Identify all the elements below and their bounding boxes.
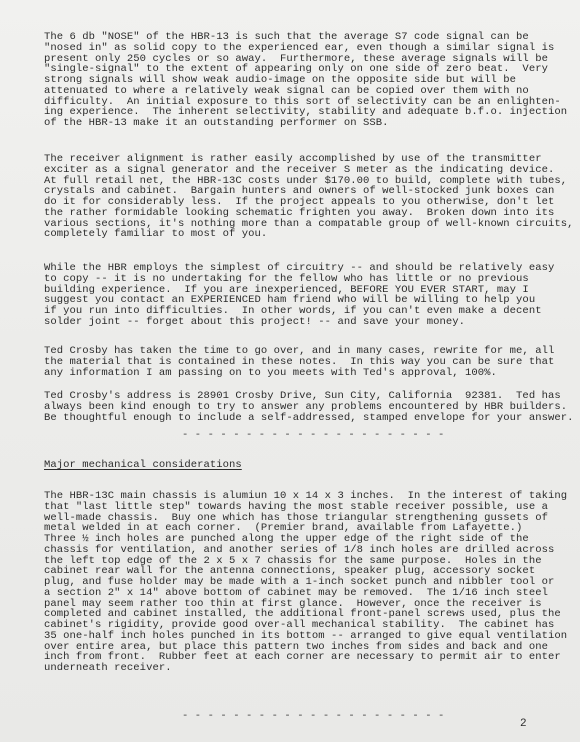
section-heading: Major mechanical considerations [44,460,242,471]
text-line: completely familiar to most of you. [44,229,573,240]
text-line: underneath receiver. [44,663,567,674]
text-line: "nosed in" as solid copy to the experien… [44,43,567,54]
text-line: the material that is contained in these … [44,357,554,368]
separator-1: - - - - - - - - - - - - - - - - - - - - … [182,429,444,441]
separator-2: - - - - - - - - - - - - - - - - - - - - … [182,710,444,722]
page-number: 2 [520,718,527,730]
text-line: of the HBR-13 make it an outstanding per… [44,118,567,129]
text-line: the rather formidable looking schematic … [44,208,573,219]
text-line: exciter as a signal generator and the re… [44,165,573,176]
text-line: a section 2" x 14" above bottom of cabin… [44,588,567,599]
paragraph-nose: The 6 db "NOSE" of the HBR-13 is such th… [44,32,567,129]
text-line: attenuated to where a relatively weak si… [44,86,567,97]
paragraph-alignment: The receiver alignment is rather easily … [44,154,573,240]
text-line: to copy -- it is no undertaking for the … [44,274,554,285]
text-line: 35 one-half inch holes punched in its bo… [44,631,567,642]
text-line: always been kind enough to try to answer… [44,402,573,413]
text-line: any information I am passing on to you m… [44,368,554,379]
paragraph-warning: While the HBR employs the simplest of ci… [44,263,554,328]
text-line: Be thoughtful enough to include a self-a… [44,413,573,424]
paragraph-crosby-review: Ted Crosby has taken the time to go over… [44,346,554,378]
paragraph-mechanical: The HBR-13C main chassis is alumiun 10 x… [44,491,567,674]
document-page: The 6 db "NOSE" of the HBR-13 is such th… [0,0,580,742]
text-line: that "last little step" towards having t… [44,502,567,513]
paragraph-crosby-address: Ted Crosby's address is 28901 Crosby Dri… [44,391,573,423]
text-line: solder joint -- forget about this projec… [44,317,554,328]
text-line: chassis for ventilation, and another ser… [44,545,567,556]
